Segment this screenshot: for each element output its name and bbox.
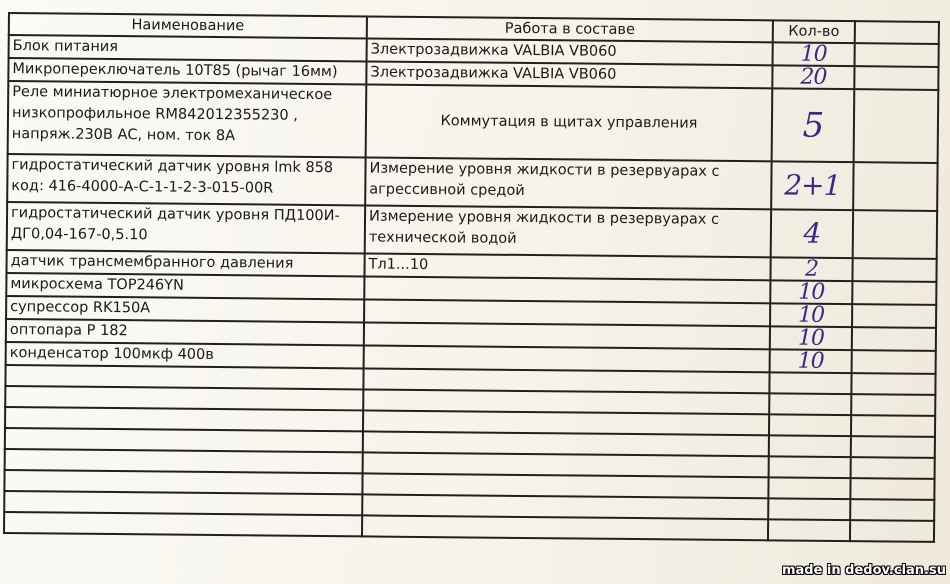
cell-extra: [852, 281, 936, 305]
cell-name: гидростатический датчик уровня lmk 858 к…: [7, 154, 365, 205]
cell-extra: [852, 258, 936, 282]
empty-cell: [851, 415, 935, 437]
cell-extra: [854, 66, 938, 90]
cell-name: микросхема TOP246YN: [6, 273, 364, 299]
header-qty: Кол-во: [773, 20, 855, 43]
cell-usage: Измерение уровня жидкости в резервуарах …: [365, 205, 771, 257]
cell-name: оптопара P 182: [6, 319, 364, 345]
cell-name: Блок питания: [9, 35, 367, 61]
parts-table: Наименование Работа в составе Кол-во Бло…: [3, 12, 940, 543]
empty-cell: [769, 393, 851, 415]
cell-extra: [852, 327, 936, 351]
cell-extra: [853, 210, 937, 259]
cell-name: Микропереключатель 10Т85 (рычаг 16мм): [8, 58, 366, 84]
empty-cell: [850, 520, 934, 542]
table-row: Реле миниатюрное электромеханическое низ…: [8, 81, 939, 163]
cell-extra: [852, 350, 936, 374]
cell-name: конденсатор 100мкф 400в: [6, 342, 364, 368]
empty-cell: [769, 414, 851, 436]
cell-extra: [852, 304, 936, 328]
cell-qty: 10: [770, 280, 852, 304]
cell-usage: Измерение уровня жидкости в резервуарах …: [365, 157, 771, 209]
cell-extra: [855, 43, 939, 67]
empty-cell: [851, 394, 935, 416]
empty-cell: [851, 457, 935, 479]
cell-qty: 10: [770, 303, 852, 327]
empty-cell: [362, 515, 768, 540]
cell-qty: 10: [773, 42, 855, 66]
cell-extra: [854, 89, 939, 163]
cell-extra: [853, 162, 937, 211]
empty-cell: [850, 478, 934, 500]
cell-qty: 20: [772, 65, 854, 89]
empty-cell: [4, 512, 362, 536]
empty-cell: [850, 499, 934, 521]
empty-cell: [769, 372, 851, 394]
cell-name: гидростатический датчик уровня ПД100И-ДГ…: [7, 202, 365, 253]
cell-qty: 10: [770, 326, 852, 350]
empty-cell: [851, 436, 935, 458]
cell-name: датчик трансмембранного давления: [6, 250, 364, 276]
cell-qty: 10: [770, 349, 852, 373]
empty-cell: [851, 373, 935, 395]
cell-name: супрессор RK150A: [6, 296, 364, 322]
empty-cell: [769, 456, 851, 478]
cell-qty: 5: [772, 88, 855, 162]
cell-name: Реле миниатюрное электромеханическое низ…: [8, 81, 367, 157]
cell-qty: 2: [770, 257, 852, 281]
cell-qty: 4: [771, 209, 853, 258]
empty-cell: [769, 435, 851, 457]
empty-cell: [768, 477, 850, 499]
cell-usage: Коммутация в щитах управления: [366, 84, 773, 161]
order-sheet: Наименование Работа в составе Кол-во Бло…: [3, 12, 940, 543]
empty-cell: [768, 498, 850, 520]
header-extra: [855, 21, 939, 44]
cell-qty: 2+1: [771, 161, 853, 210]
watermark: made in dedov.clan.su: [782, 563, 946, 578]
empty-cell: [768, 519, 850, 541]
